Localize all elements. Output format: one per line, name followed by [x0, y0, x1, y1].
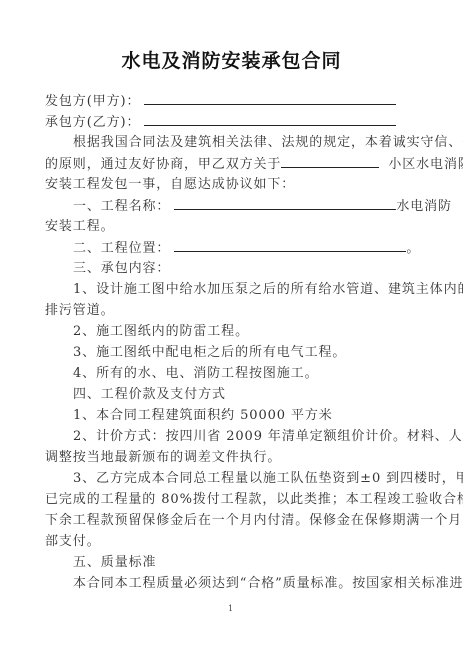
intro-line-2: 的原则，通过友好协商，甲乙双方关于 小区水电消防 — [45, 153, 419, 174]
project-location-blank — [174, 237, 406, 252]
section-4-heading: 四、工程价款及支付方式 — [45, 384, 419, 405]
intro-line-3: 安装工程发包一事，自愿达成协议如下： — [45, 174, 419, 195]
section-1-label: 一、工程名称： — [73, 199, 170, 214]
party-a-line: 发包方(甲方)： — [45, 90, 419, 111]
section-4-item-3b: 已完成的工程量的 80%拨付工程款，以此类推；本工程竣工验收合格后， — [45, 489, 419, 510]
section-3-heading: 三、承包内容： — [45, 258, 419, 279]
page-number: 1 — [228, 604, 233, 613]
party-b-line: 承包方(乙方)： — [45, 111, 419, 132]
section-2-suffix: 。 — [406, 241, 420, 256]
section-3-item-1b: 排污管道。 — [45, 300, 419, 321]
section-4-item-3d: 部支付。 — [45, 531, 419, 552]
section-4-item-3a: 3、乙方完成本合同总工程量以施工队伍垫资到±0 到四楼时，甲方按 — [45, 468, 419, 489]
section-3-item-3: 3、施工图纸中配电柜之后的所有电气工程。 — [45, 342, 419, 363]
section-3-item-2: 2、施工图纸内的防雷工程。 — [45, 321, 419, 342]
party-b-blank — [144, 111, 396, 126]
section-4-item-2a: 2、计价方式：按四川省 2009 年清单定额组价计价。材料、人工费的 — [45, 426, 419, 447]
intro-line-2b: 小区水电消防 — [388, 157, 463, 172]
party-b-label: 承包方(乙方)： — [45, 115, 140, 130]
intro-line-2a: 的原则，通过友好协商，甲乙双方关于 — [45, 157, 281, 172]
project-title-blank — [174, 195, 396, 210]
section-2-line: 二、工程位置：。 — [45, 237, 419, 258]
section-4-item-1: 1、本合同工程建筑面积约 50000 平方米 — [45, 405, 419, 426]
party-a-label: 发包方(甲方)： — [45, 94, 140, 109]
section-5-para: 本合同本工程质量必须达到“合格”质量标准。按国家相关标准进行 — [45, 573, 419, 594]
project-name-blank — [281, 153, 379, 168]
section-5-heading: 五、质量标准 — [45, 552, 419, 573]
section-1-cont: 安装工程。 — [45, 216, 419, 237]
section-4-item-2b: 调整按当地最新颁布的调差文件执行。 — [45, 447, 419, 468]
section-3-item-1a: 1、设计施工图中给水加压泵之后的所有给水管道、建筑主体内的所有 — [45, 279, 419, 300]
section-1-suffix: 水电消防 — [396, 199, 452, 214]
section-3-item-4: 4、所有的水、电、消防工程按图施工。 — [45, 363, 419, 384]
section-2-label: 二、工程位置： — [73, 241, 170, 256]
section-1-line: 一、工程名称：水电消防 — [45, 195, 419, 216]
party-a-blank — [144, 90, 396, 105]
document-title: 水电及消防安装承包合同 — [0, 46, 463, 73]
section-4-item-3c: 下余工程款预留保修金后在一个月内付清。保修金在保修期满一个月内全 — [45, 510, 419, 531]
intro-line-1: 根据我国合同法及建筑相关法律、法规的规定，本着诚实守信、公平 — [45, 132, 419, 153]
contract-body: 发包方(甲方)： 承包方(乙方)： 根据我国合同法及建筑相关法律、法规的规定，本… — [45, 90, 419, 594]
